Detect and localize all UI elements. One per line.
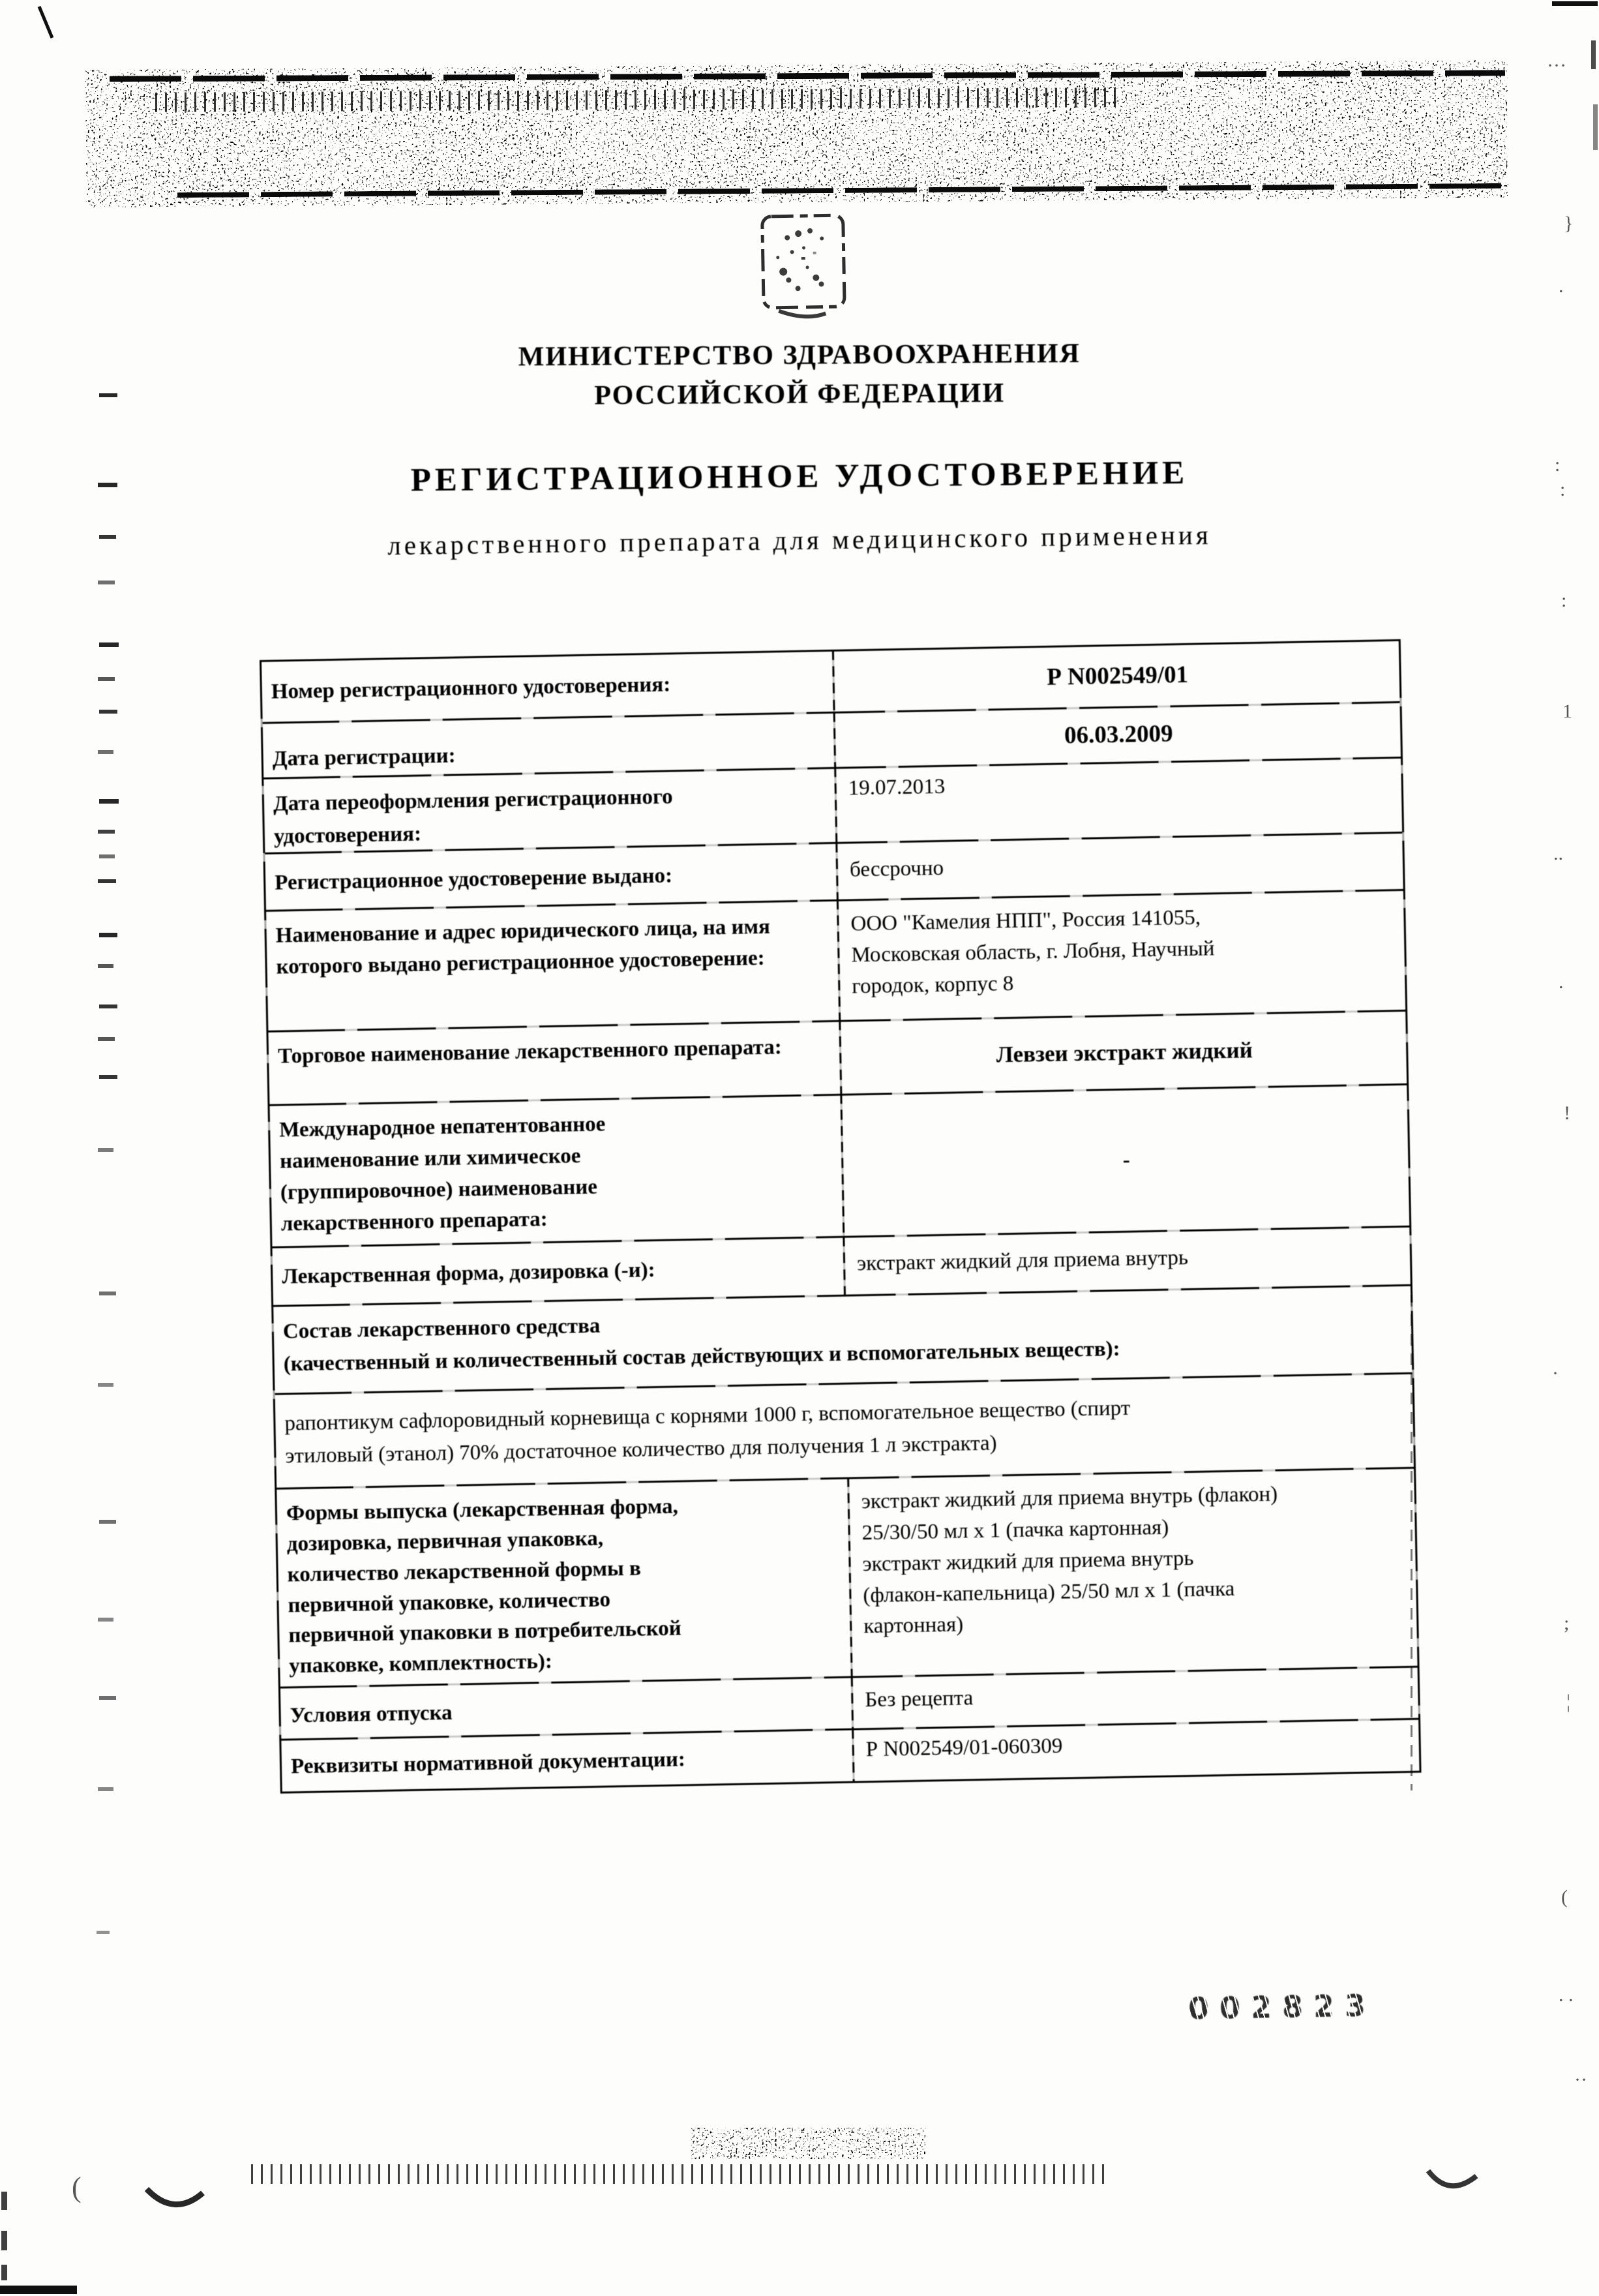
row-label: Реквизиты нормативной документации: <box>281 1730 852 1792</box>
svg-text:. .: . . <box>1559 1984 1574 2006</box>
svg-text:1: 1 <box>1562 701 1572 722</box>
row-value: 19.07.2013 <box>834 759 1402 842</box>
row-value: экстракт жидкий для приема внутрь <box>843 1228 1410 1295</box>
row-label: Лекарственная форма, дозировка (-и): <box>273 1238 844 1305</box>
svg-text::: : <box>1561 590 1566 611</box>
row-value: бессрочно <box>835 834 1403 899</box>
row-label: Номер регистрационного удостоверения: <box>262 652 833 722</box>
row-value: 06.03.2009 <box>833 703 1401 767</box>
svg-text:..: .. <box>1553 843 1563 864</box>
svg-text:·: · <box>1552 1363 1559 1384</box>
row-value: - <box>840 1085 1409 1236</box>
svg-text:,: , <box>287 164 291 181</box>
row-value: Р N002549/01-060309 <box>852 1720 1419 1781</box>
svg-text:(: ( <box>72 2171 82 2203</box>
table-row-inn-name: Международное непатентованное наименован… <box>270 1085 1410 1248</box>
svg-text:¦: ¦ <box>1566 1691 1570 1712</box>
coat-of-arms-emblem <box>758 211 852 320</box>
row-label: Дата переоформления регистрационного удо… <box>263 769 835 853</box>
certificate-table: Номер регистрационного удостоверения: Р … <box>260 639 1422 1794</box>
ministry-name: МИНИСТЕРСТВО ЗДРАВООХРАНЕНИЯ РОССИЙСКОЙ … <box>0 332 1599 419</box>
table-row-release-forms: Формы выпуска (лекарственная форма, дози… <box>276 1469 1417 1689</box>
scanned-certificate-page: ··· } . : : : 1 .. . ! · ; ¦ ( . . ·· ( … <box>0 0 1599 2296</box>
svg-text:·: · <box>320 151 324 168</box>
svg-text:···: ··· <box>1547 55 1566 76</box>
svg-text:;: ; <box>1564 1612 1569 1634</box>
row-value: экстракт жидкий для приема внутрь (флако… <box>847 1469 1417 1676</box>
svg-text:!: ! <box>1564 1102 1570 1124</box>
row-label: Дата регистрации: <box>263 714 834 778</box>
row-value: ООО "Камелия НПП", Россия 141055, Москов… <box>837 891 1405 1020</box>
row-label: Торговое наименование лекарственного пре… <box>268 1022 840 1104</box>
row-value: Р N002549/01 <box>832 641 1400 712</box>
row-label: Формы выпуска (лекарственная форма, дози… <box>276 1479 850 1687</box>
row-label: Условия отпуска <box>280 1678 852 1739</box>
row-value: Без рецепта <box>851 1668 1418 1729</box>
svg-text:}: } <box>1564 213 1573 234</box>
table-row-legal-entity: Наименование и адрес юридического лица, … <box>266 891 1405 1033</box>
svg-text:.: . <box>1559 275 1564 297</box>
row-label: Наименование и адрес юридического лица, … <box>266 901 839 1031</box>
row-label: Международное непатентованное наименован… <box>270 1096 843 1246</box>
stamp-number: 002823 <box>1188 1987 1377 2026</box>
svg-text:··: ·· <box>1574 2069 1587 2091</box>
row-value: Левзеи экстракт жидкий <box>839 1012 1407 1094</box>
svg-text:(: ( <box>1561 1886 1568 1908</box>
svg-text:.: . <box>1559 971 1564 993</box>
row-label: Регистрационное удостоверение выдано: <box>265 844 836 910</box>
